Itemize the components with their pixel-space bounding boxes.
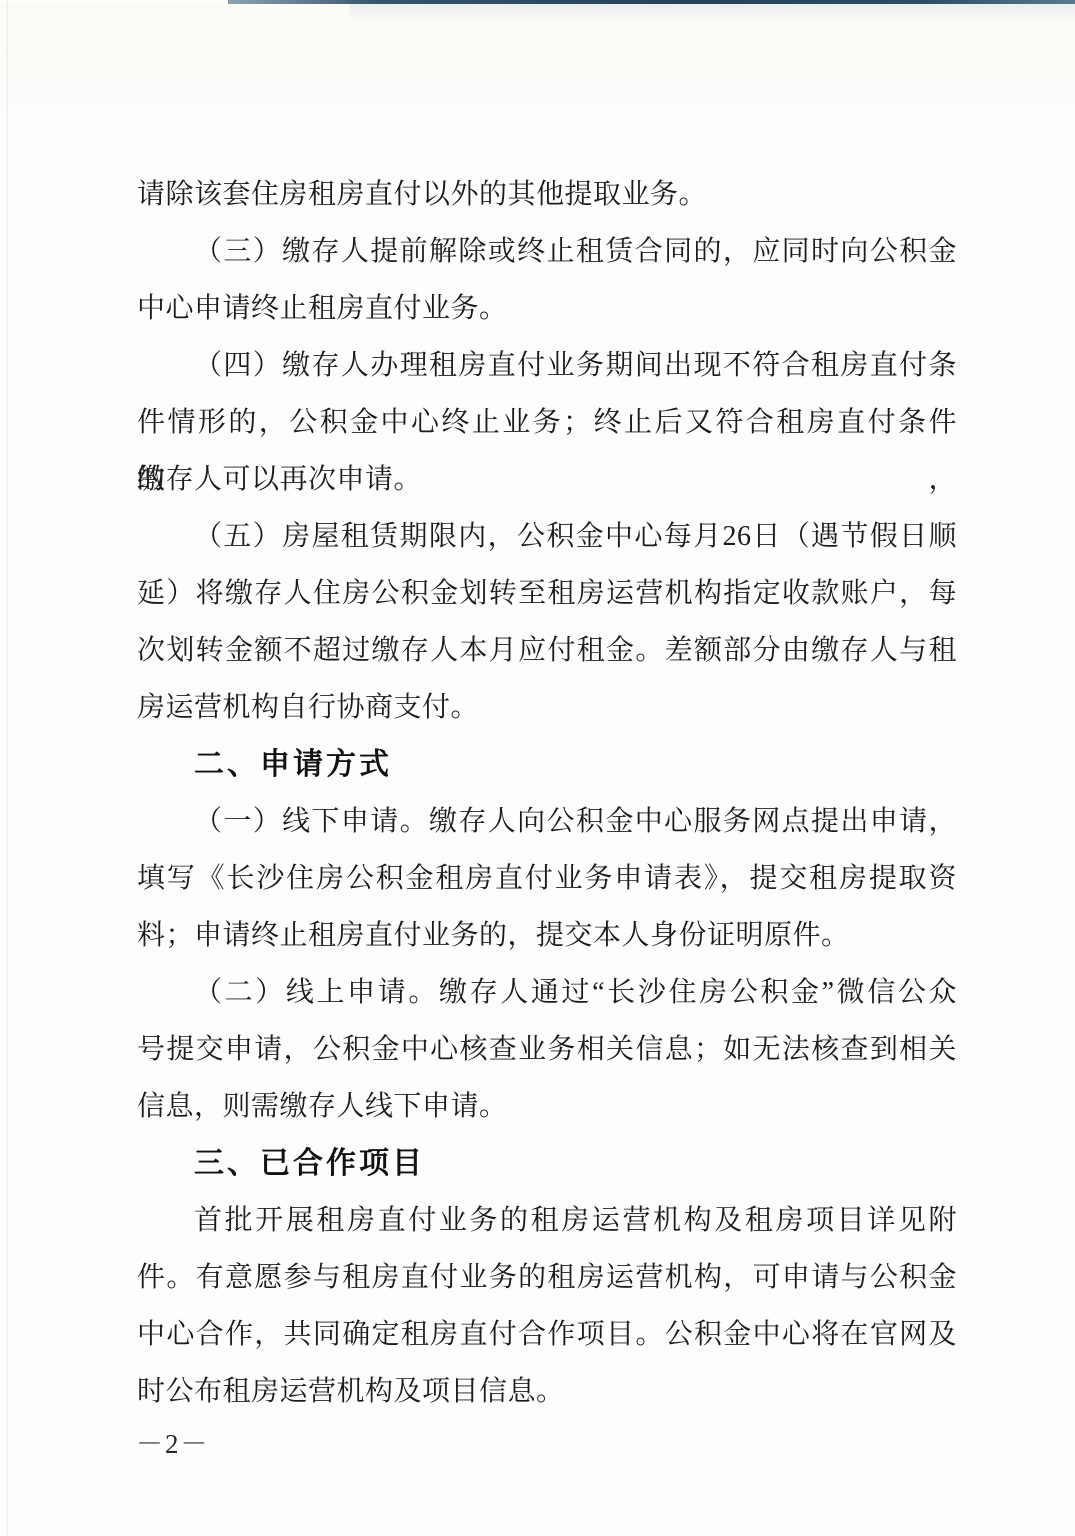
scan-artifact-left-edge bbox=[6, 0, 8, 1536]
text-line: 请除该套住房租房直付以外的其他提取业务。 bbox=[137, 166, 957, 223]
text-line: 延）将缴存人住房公积金划转至租房运营机构指定收款账户，每 bbox=[137, 565, 957, 622]
text-line: 信息，则需缴存人线下申请。 bbox=[137, 1078, 957, 1135]
section-heading: 三、已合作项目 bbox=[137, 1135, 957, 1192]
text-line: 中心申请终止租房直付业务。 bbox=[137, 280, 957, 337]
text-line: （四）缴存人办理租房直付业务期间出现不符合租房直付条 bbox=[137, 337, 957, 394]
text-line: 件情形的，公积金中心终止业务；终止后又符合租房直付条件的， bbox=[137, 394, 957, 451]
text-line: （三）缴存人提前解除或终止租赁合同的，应同时向公积金 bbox=[137, 223, 957, 280]
document-body: 请除该套住房租房直付以外的其他提取业务。 （三）缴存人提前解除或终止租赁合同的，… bbox=[137, 166, 957, 1420]
text-line: 房运营机构自行协商支付。 bbox=[137, 679, 957, 736]
scanned-document-page: 请除该套住房租房直付以外的其他提取业务。 （三）缴存人提前解除或终止租赁合同的，… bbox=[0, 0, 1075, 1536]
text-line: 号提交申请，公积金中心核查业务相关信息；如无法核查到相关 bbox=[137, 1021, 957, 1078]
text-line: （一）线下申请。缴存人向公积金中心服务网点提出申请， bbox=[137, 793, 957, 850]
text-line: 时公布租房运营机构及项目信息。 bbox=[137, 1363, 957, 1420]
section-heading: 二、申请方式 bbox=[137, 736, 957, 793]
page-number: －2－ bbox=[136, 1424, 210, 1464]
text-line: 件。有意愿参与租房直付业务的租房运营机构，可申请与公积金 bbox=[137, 1249, 957, 1306]
text-line: 次划转金额不超过缴存人本月应付租金。差额部分由缴存人与租 bbox=[137, 622, 957, 679]
scan-artifact-top-glow bbox=[350, 4, 1075, 20]
text-line: （二）线上申请。缴存人通过“长沙住房公积金”微信公众 bbox=[137, 964, 957, 1021]
scan-artifact-top-bar bbox=[228, 0, 1075, 4]
text-line: 首批开展租房直付业务的租房运营机构及租房项目详见附 bbox=[137, 1192, 957, 1249]
text-line: （五）房屋租赁期限内，公积金中心每月26日（遇节假日顺 bbox=[137, 508, 957, 565]
text-line: 料；申请终止租房直付业务的，提交本人身份证明原件。 bbox=[137, 907, 957, 964]
text-line: 中心合作，共同确定租房直付合作项目。公积金中心将在官网及 bbox=[137, 1306, 957, 1363]
text-line: 填写《长沙住房公积金租房直付业务申请表》，提交租房提取资 bbox=[137, 850, 957, 907]
scan-artifact-warm-tint bbox=[0, 4, 1075, 124]
